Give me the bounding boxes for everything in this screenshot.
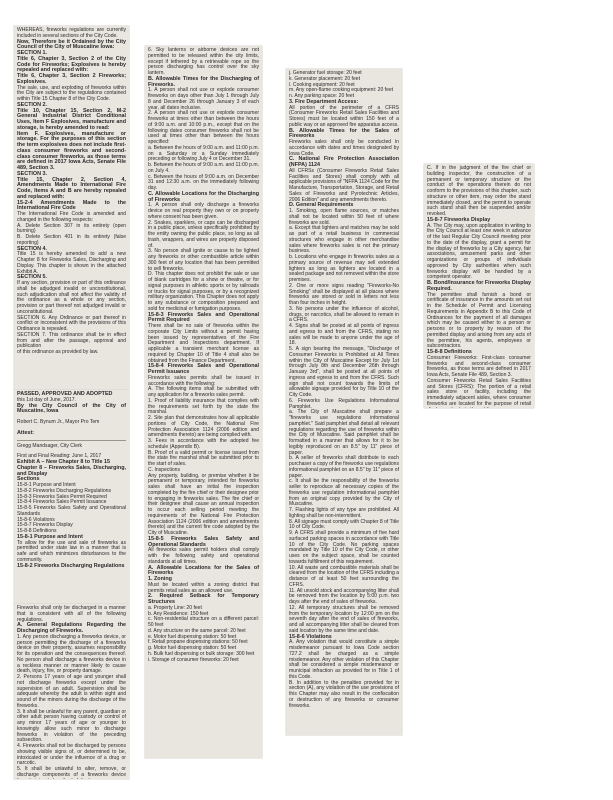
paragraph: 6. Sky lanterns or airborne devices are … <box>148 48 259 77</box>
paragraph: C. If in the judgment of the fire chief … <box>427 166 531 218</box>
section-heading: B. Bond/Insurance for Fireworks Display … <box>427 281 531 293</box>
paragraph: If any section, provision or part of thi… <box>17 281 126 316</box>
section-heading: Attest: <box>17 431 126 437</box>
paragraph: All portion of the perimeter of a CFRS (… <box>289 106 399 129</box>
paragraph: D. This chapter does not prohibit the sa… <box>148 272 259 312</box>
paragraph: i. Storage of consumer fireworks: 20 fee… <box>148 658 259 664</box>
paragraph: 15-8-5 Fireworks Sales Safety and Operat… <box>17 506 126 518</box>
clipping-column-1c: Fireworks shall only be discharged in a … <box>14 604 129 779</box>
section-heading: Item F. Explosives, manufacture or stora… <box>17 132 126 172</box>
paragraph: 12. All temporary structures shall be re… <box>289 606 399 635</box>
paragraph: 9. A CFRS shall provide a minimum of fiv… <box>289 531 399 566</box>
paragraph: Fireworks sales shall only be conducted … <box>289 140 399 157</box>
paragraph: 2. A person shall not use or explode con… <box>148 111 259 146</box>
paragraph: b. Locations who engage in fireworks sal… <box>289 255 399 284</box>
paragraph: 1. Proof of liability insurance that com… <box>148 399 259 416</box>
clipping-column-3: j. Generator fuel storage: 20 feetk. Gen… <box>286 69 402 735</box>
signature-line <box>17 439 126 441</box>
paragraph: All CFRSs (Consumer Fireworks Retail Sal… <box>289 169 399 204</box>
paragraph: The permittee shall furnish a bond or ce… <box>427 293 531 351</box>
paragraph: 5. It shall be unlawful to alter, remove… <box>17 767 126 779</box>
paragraph: To allow for the use and sale of firewor… <box>17 541 126 564</box>
clipping-column-1a: WHEREAS, fireworks regulations are curre… <box>14 26 129 411</box>
paragraph: SECTION 6. Any Ordinance or part thereof… <box>17 316 126 333</box>
paragraph: c. Between the hours of 9:00 a.m. on Dec… <box>148 175 259 192</box>
paragraph: a. Except that lighters and matches may … <box>289 226 399 255</box>
paragraph: Title 15 is hereby amended to add a new … <box>17 252 126 275</box>
paragraph: a. Between the hours of 9:00 a.m. and 11… <box>148 146 259 163</box>
clipping-column-2: 6. Sky lanterns or airborne devices are … <box>145 46 262 758</box>
paragraph: of this ordinance as provided by law. <box>17 350 126 356</box>
paragraph: 3. No person shall ignite or cause to be… <box>148 249 259 272</box>
paragraph: A. Any violation that would constitute a… <box>289 640 399 680</box>
paragraph: b. Between the hours of 9:00 a.m. and 11… <box>148 163 259 175</box>
clipping-column-1b: PASSED, APPROVED AND ADOPTEDthis 1st day… <box>14 390 129 608</box>
paragraph: B. In addition to the penalties provided… <box>289 681 399 710</box>
paragraph: 3. It shall be unlawful for any parent, … <box>17 710 126 745</box>
paragraph: There shall be no sale of fireworks with… <box>148 324 259 364</box>
paragraph: 4. Signs shall be posted at all points o… <box>289 324 399 347</box>
paragraph: 2. Persons 17 years of age and younger s… <box>17 675 126 710</box>
paragraph: A. The City may, upon application in wri… <box>427 224 531 282</box>
paragraph: Any property, building, or premise wheth… <box>148 474 259 537</box>
paragraph: The sale, use, and exploding of firework… <box>17 86 126 103</box>
paragraph: 1. Smoking, open flame sources, or match… <box>289 209 399 226</box>
paragraph: 10. All waste and combustible materials … <box>289 566 399 589</box>
paragraph: Fireworks shall only be discharged in a … <box>17 606 126 623</box>
section-heading: By the City Council of the City of Musca… <box>17 404 126 416</box>
paragraph: 1. A person shall not use or explode con… <box>148 88 259 111</box>
paragraph: Consumer Fireworks Retail Sales Faciliti… <box>427 379 531 408</box>
paragraph: 11. All unsold stock and accompanying li… <box>289 589 399 606</box>
paragraph: WHEREAS, fireworks regulations are curre… <box>17 28 126 40</box>
paragraph: SECTION 7. This ordinance shall be in ef… <box>17 333 126 350</box>
paragraph: 7. Flashing lights of any type are prohi… <box>289 508 399 520</box>
paragraph: The International Fire Code is amended a… <box>17 212 126 224</box>
section-heading: 15-8-2 Fireworks Discharging Regulations <box>17 564 126 570</box>
section-heading: Title 15, Chapter 2, Section 4, Amendmen… <box>17 178 126 201</box>
paragraph: 1. A person shall only discharge a firew… <box>148 203 259 220</box>
paragraph: B. Proof of a valid permit or license is… <box>148 451 259 468</box>
section-heading: Title 6, Chapter 3, Section 2 Fireworks;… <box>17 74 126 86</box>
section-heading: Title 6, Chapter 3, Section 2 of the Cit… <box>17 57 126 74</box>
paragraph: 2. Site plan that demonstrates how all a… <box>148 416 259 439</box>
paragraph: 3. No persons under the influence of alc… <box>289 307 399 324</box>
paragraph: 2. One or more signs reading "Fireworks-… <box>289 284 399 307</box>
paragraph: 2. Snakes, sparklers, or caps can be dis… <box>148 221 259 250</box>
clipping-column-4: C. If in the judgment of the fire chief … <box>424 164 534 408</box>
paragraph: All fireworks sales permit holders shall… <box>148 548 259 565</box>
paragraph: 3. Fees in accordance with the adopted f… <box>148 439 259 451</box>
paragraph: a. The City of Muscatine shall prepare a… <box>289 410 399 456</box>
paragraph: Consumer Fireworks: First-class consumer… <box>427 356 531 379</box>
paragraph: 4. Fireworks shall not be discharged by … <box>17 744 126 767</box>
paragraph: b. A seller of fireworks shall distribut… <box>289 456 399 479</box>
paragraph: B. Delete Section 401 in its entirety (f… <box>17 235 126 247</box>
paragraph: c. It shall be the responsibility of the… <box>289 479 399 508</box>
section-heading: Title 10, Chapter 15, Section 2, M-2 Gen… <box>17 109 126 132</box>
paragraph: 5. A sign bearing the message, "Discharg… <box>289 347 399 399</box>
paragraph: 1. Any person discharging a fireworks de… <box>17 635 126 675</box>
